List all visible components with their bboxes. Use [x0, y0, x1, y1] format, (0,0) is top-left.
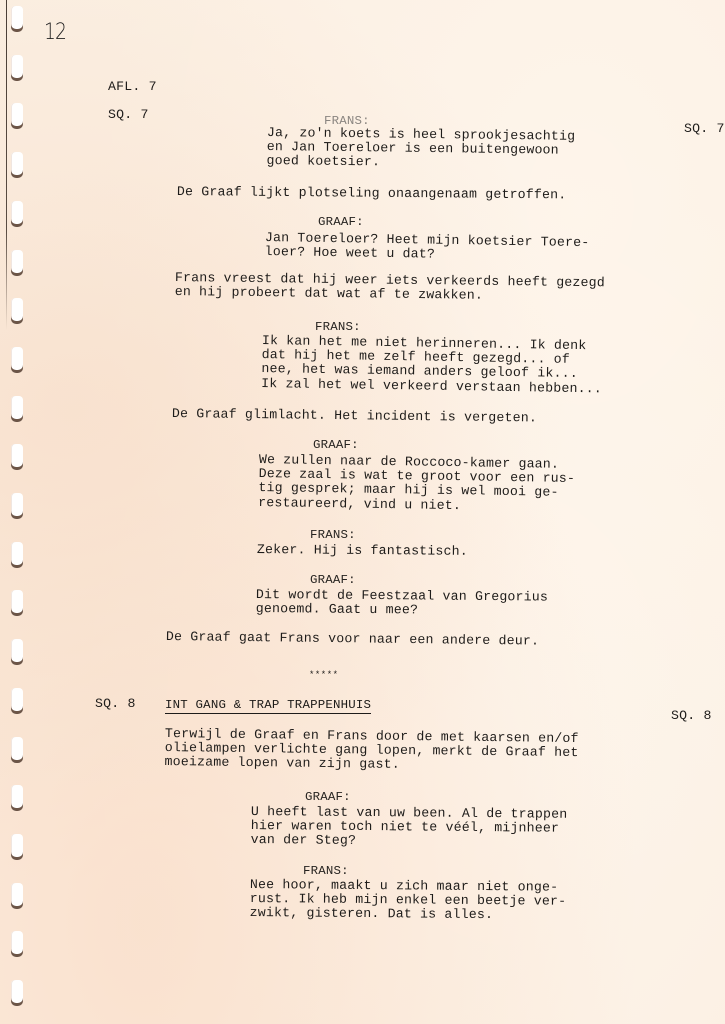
page-edge-line	[6, 0, 7, 330]
dialogue-block: Nee hoor, maakt u zich maar niet onge- r…	[250, 878, 567, 923]
binding-hole	[11, 103, 23, 129]
action-line: De Graaf lijkt plotseling onaangenaam ge…	[177, 185, 567, 203]
action-block: De Graaf lijkt plotseling onaangenaam ge…	[177, 185, 567, 203]
action-line: De Graaf glimlacht. Het incident is verg…	[172, 407, 537, 426]
scene-label-left: SQ. 8	[95, 697, 136, 711]
binding-hole	[11, 980, 23, 1006]
character-cue: GRAAF:	[305, 790, 351, 804]
character-cue: FRANS:	[303, 864, 349, 878]
handwritten-page-number: 12	[44, 20, 66, 45]
dialogue-block: Ja, zo'n koets is heel sprookjesachtig e…	[266, 126, 575, 172]
binding-hole	[11, 347, 23, 373]
action-block: Terwijl de Graaf en Frans door de met ka…	[164, 727, 578, 775]
character-cue: GRAAF:	[310, 573, 356, 587]
binding-hole	[11, 396, 23, 422]
scene-label-right: SQ. 7	[684, 122, 725, 136]
dialogue-line: Zeker. Hij is fantastisch.	[257, 543, 468, 559]
binding-hole	[11, 6, 23, 32]
dialogue-line: genoemd. Gaat u mee?	[256, 602, 548, 619]
binding-hole	[11, 590, 23, 616]
binding-hole	[11, 639, 23, 665]
binding-hole	[11, 883, 23, 909]
action-block: De Graaf glimlacht. Het incident is verg…	[172, 407, 537, 426]
scene-separator: *****	[309, 670, 339, 680]
character-cue: FRANS:	[310, 528, 356, 542]
action-block: Frans vreest dat hij weer iets verkeerds…	[175, 271, 605, 305]
action-line: De Graaf gaat Frans voor naar een andere…	[166, 630, 539, 649]
binding-hole	[11, 785, 23, 811]
binding-hole	[11, 55, 23, 81]
episode-label: AFL. 7	[108, 80, 157, 94]
dialogue-block: Ik kan het me niet herinneren... Ik denk…	[261, 334, 603, 396]
character-cue: FRANS:	[315, 320, 361, 334]
scene-label-left: SQ. 7	[108, 108, 149, 122]
character-cue: GRAAF:	[313, 438, 359, 452]
binding-hole	[11, 542, 23, 568]
binding-holes	[11, 0, 25, 1024]
dialogue-block: Zeker. Hij is fantastisch.	[257, 543, 468, 559]
scene-label-right: SQ. 8	[671, 709, 712, 723]
script-page: 12 AFL. 7 SQ. 7 SQ. 7 FRANS: Ja, zo'n ko…	[0, 0, 725, 1024]
binding-hole	[11, 834, 23, 860]
binding-hole	[11, 931, 23, 957]
dialogue-block: U heeft last van uw been. Al de trappen …	[251, 805, 568, 850]
dialogue-line: van der Steg?	[251, 833, 568, 850]
binding-hole	[11, 493, 23, 519]
dialogue-block: Jan Toereloer? Heet mijn koetsier Toere-…	[265, 231, 590, 265]
dialogue-line: zwikt, gisteren. Dat is alles.	[250, 906, 567, 923]
binding-hole	[11, 444, 23, 470]
binding-hole	[11, 298, 23, 324]
action-block: De Graaf gaat Frans voor naar een andere…	[166, 630, 539, 649]
dialogue-block: Dit wordt de Feestzaal van Gregorius gen…	[256, 588, 548, 619]
binding-hole	[11, 152, 23, 178]
dialogue-block: We zullen naar de Roccoco-kamer gaan. De…	[258, 453, 575, 515]
character-cue: GRAAF:	[318, 215, 364, 229]
binding-hole	[11, 737, 23, 763]
binding-hole	[11, 250, 23, 276]
binding-hole	[11, 201, 23, 227]
binding-hole	[11, 688, 23, 714]
scene-heading: INT GANG & TRAP TRAPPENHUIS	[165, 698, 371, 714]
